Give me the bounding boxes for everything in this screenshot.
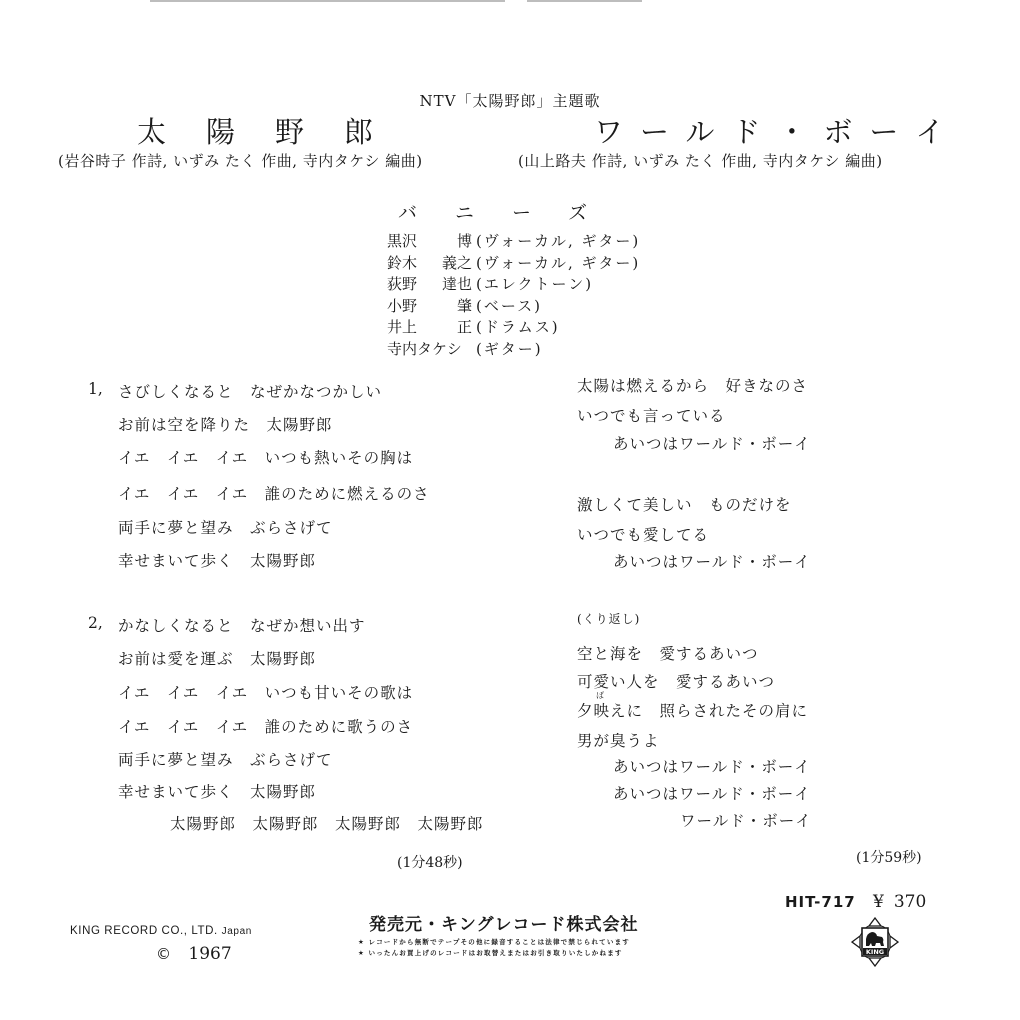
- song-credit-b: (山上路夫 作詩, いずみ たく 作曲, 寺内タケシ 編曲): [518, 150, 883, 171]
- member-role: (ヴォーカル, ギター): [472, 231, 640, 253]
- lyric-line: 空と海を 愛するあいつ: [577, 642, 759, 664]
- price-value: 370: [894, 892, 926, 912]
- band-member-list: 黒沢博 (ヴォーカル, ギター) 鈴木義之 (ヴォーカル, ギター) 荻野達也 …: [387, 231, 640, 361]
- lyric-line: 男が臭うよ: [577, 729, 660, 751]
- member-role: (ヴォーカル, ギター): [472, 253, 640, 275]
- record-company: KING RECORD CO., LTD. Japan: [70, 925, 252, 937]
- band-member: 鈴木義之 (ヴォーカル, ギター): [387, 253, 640, 275]
- member-name: 井上正: [387, 317, 472, 339]
- member-given-name: 肇: [457, 296, 472, 318]
- member-family-name: 荻野: [387, 274, 417, 296]
- lyric-line: あいつはワールド・ボーイ: [577, 782, 811, 804]
- lyric-line: あいつはワールド・ボーイ: [577, 755, 811, 777]
- lyric-line: 幸せまいて歩く 太陽野郎: [118, 549, 316, 571]
- catalog-number: HIT-717: [785, 893, 856, 911]
- lyric-line: あいつはワールド・ボーイ: [577, 432, 811, 454]
- band-name: バニーズ: [398, 198, 625, 225]
- company-name: KING RECORD CO., LTD.: [70, 925, 218, 937]
- price: ¥370: [873, 892, 926, 912]
- verse-number: 2,: [88, 614, 103, 632]
- logo-text: KING: [866, 948, 884, 956]
- copyright-year: 1967: [188, 944, 231, 964]
- member-name: 黒沢博: [387, 231, 472, 253]
- lyric-line: 両手に夢と望み ぶらさげて: [118, 748, 333, 770]
- member-name: 荻野達也: [387, 274, 472, 296]
- member-name: 鈴木義之: [387, 253, 472, 275]
- member-role: (エレクトーン): [472, 274, 593, 296]
- lyric-line: かなしくなると なぜか想い出す: [118, 614, 366, 636]
- band-member: 寺内タケシ (ギター): [387, 339, 640, 361]
- verse-number: 1,: [88, 380, 103, 398]
- member-given-name: 義之: [442, 253, 472, 275]
- edge-line: [527, 0, 642, 2]
- lyric-line: お前は空を降りた 太陽野郎: [118, 413, 333, 435]
- lyric-line: 可愛い人を 愛するあいつ: [577, 670, 775, 692]
- member-family-name: 井上: [387, 317, 417, 339]
- lyric-line: 両手に夢と望み ぶらさげて: [118, 516, 333, 538]
- lyric-line: 夕映えに 照らされたその肩に: [577, 699, 808, 721]
- member-given-name: 博: [457, 231, 472, 253]
- lyric-line: イエ イエ イエ 誰のために歌うのさ: [118, 715, 413, 737]
- song-credit-a: (岩谷時子 作詩, いずみ たく 作曲, 寺内タケシ 編曲): [58, 150, 423, 171]
- lyric-line: イエ イエ イエ いつも甘いその歌は: [118, 681, 413, 703]
- member-family-name: 黒沢: [387, 231, 417, 253]
- sleeve-top-edge: [0, 0, 1020, 6]
- company-country: Japan: [222, 926, 252, 937]
- copyright: © 1967: [156, 944, 232, 964]
- yen-icon: ¥: [873, 892, 884, 912]
- repeat-label: (くり返し): [577, 610, 640, 627]
- lyric-line: ワールド・ボーイ: [577, 809, 812, 831]
- member-given-name: 正: [457, 317, 472, 339]
- program-subtitle: NTV「太陽野郎」主題歌: [0, 90, 1020, 111]
- song-title-a: 太陽野郎: [137, 110, 413, 151]
- edge-line: [150, 0, 505, 2]
- member-given-name: 達也: [442, 274, 472, 296]
- distributor: 発売元・キングレコード株式会社: [369, 910, 639, 935]
- band-member: 井上正 (ドラムス): [387, 317, 640, 339]
- member-role: (ドラムス): [472, 317, 560, 339]
- lyric-line: 太陽は燃えるから 好きなのさ: [577, 374, 808, 396]
- lyric-line: イエ イエ イエ 誰のために燃えるのさ: [118, 482, 430, 504]
- duration-world-boy: (1分59秒): [856, 847, 922, 867]
- lyric-line: 幸せまいて歩く 太陽野郎: [118, 780, 316, 802]
- lyric-line: お前は愛を運ぶ 太陽野郎: [118, 647, 316, 669]
- member-name: 小野肇: [387, 296, 472, 318]
- duration-taiyo-yaro: (1分48秒): [397, 852, 463, 872]
- lyric-line: イエ イエ イエ いつも熱いその胸は: [118, 446, 413, 468]
- lyric-line: いつでも愛してる: [577, 523, 709, 545]
- band-member: 荻野達也 (エレクトーン): [387, 274, 640, 296]
- band-member: 小野肇 (ベース): [387, 296, 640, 318]
- lyric-line: あいつはワールド・ボーイ: [577, 550, 811, 572]
- notice-line: ★ レコードから無断でテープその他に録音することは法律で禁じられています: [358, 937, 630, 946]
- lyric-line: 太陽野郎 太陽野郎 太陽野郎 太陽野郎: [170, 812, 484, 834]
- member-name: 寺内タケシ: [387, 339, 472, 361]
- band-member: 黒沢博 (ヴォーカル, ギター): [387, 231, 640, 253]
- notice-line: ★ いったんお買上げのレコードはお取替えまたはお引き取りいたしかねます: [358, 948, 623, 957]
- member-role: (ギター): [472, 339, 543, 361]
- member-role: (ベース): [472, 296, 542, 318]
- member-family-name: 小野: [387, 296, 417, 318]
- song-title-b: ワールド・ボーイ: [594, 110, 961, 151]
- copyright-icon: ©: [156, 945, 171, 963]
- lyric-line: さびしくなると なぜかなつかしい: [118, 380, 382, 402]
- lyric-line: 激しくて美しい ものだけを: [577, 493, 792, 515]
- king-records-lion-logo-icon: KING: [851, 917, 899, 967]
- member-family-name: 鈴木: [387, 253, 417, 275]
- member-family-name: 寺内タケシ: [387, 339, 462, 361]
- lyric-line: いつでも言っている: [577, 404, 726, 426]
